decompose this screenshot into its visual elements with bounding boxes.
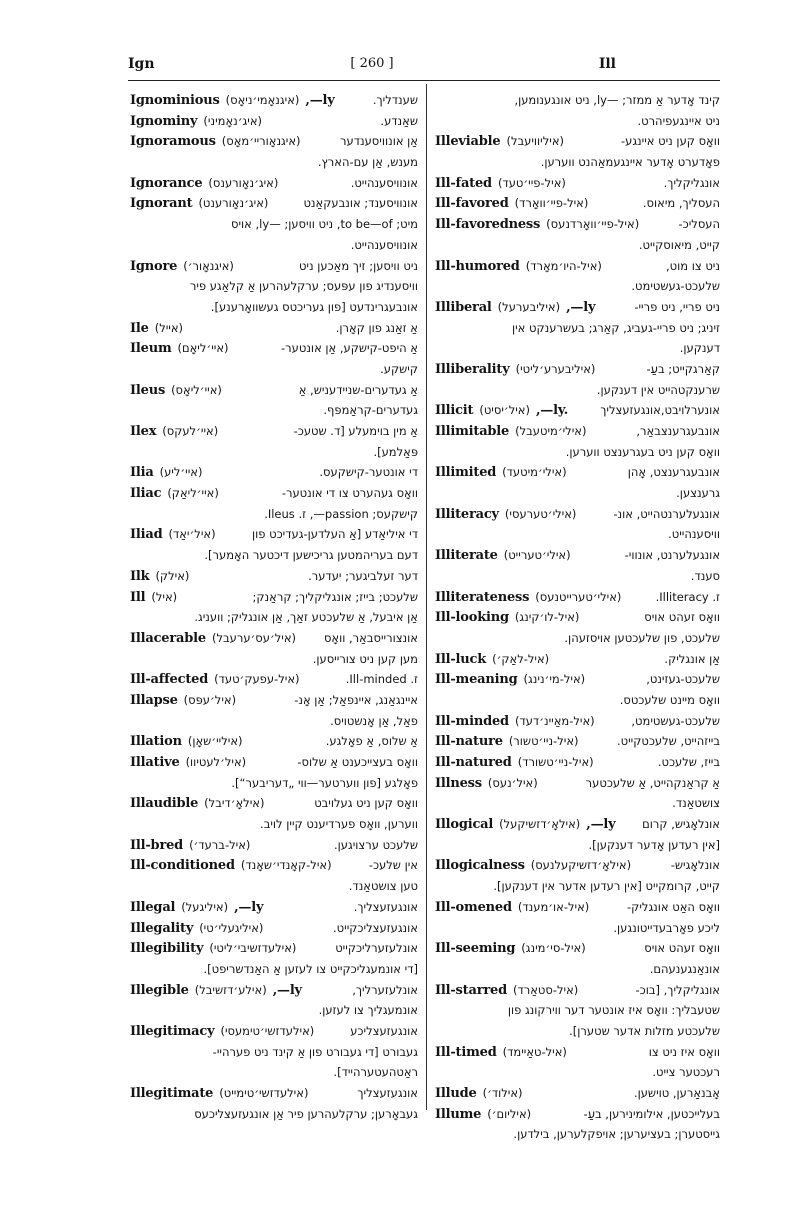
headword: Illiberal — [435, 298, 492, 318]
headword: Ignoramous — [130, 132, 216, 152]
dictionary-entry: Ill-timed(איל-טאַיימד)וואָס איז ניט צו — [435, 1042, 720, 1063]
pronunciation: (איל-ברעד׳) — [189, 835, 250, 856]
definition-continuation: רעכטער צייט. — [435, 1062, 720, 1083]
definition: שלעכט-געשטימט, — [631, 711, 720, 732]
dictionary-entry: Ill-humored(איל-היו׳מאָרד)ניט צו מוט, — [435, 256, 720, 277]
definition-continuation: גרענצען. — [435, 483, 720, 504]
definition: בייזהייט, שלעכטקייט. — [617, 731, 720, 752]
dictionary-entry: Ill-bred(איל-ברעד׳)שלעכט ערצויגען. — [130, 835, 418, 856]
pronunciation: (איל׳לעטיוו) — [186, 752, 247, 773]
definition-continuation: שטעבליך: וואָס איז אונטער דער ווירקונג פ… — [435, 1000, 720, 1021]
definition: בעלייכטען, אילומינירען, בעַ- — [584, 1104, 720, 1125]
entry-head: Ignorant(איג׳נאָורענט) — [130, 193, 268, 214]
pronunciation: (אילעדזשיבי׳ליטי) — [209, 938, 296, 959]
entry-head: Illiberality(איליבערע׳ליטי) — [435, 359, 595, 380]
definition-text: וואָס מיינט שלעכטס. — [620, 690, 720, 711]
pronunciation: (אילעדזשי׳טימעסי) — [220, 1021, 314, 1042]
definition-text: קינד אָדער אַ ממזר; —ly, ניט אונגענומען, — [514, 90, 720, 111]
definition-continuation: געבאָרען; ערקלעהרען פיר אַן אונגעזעצליכע… — [130, 1104, 418, 1125]
headword: Ill-bred — [130, 836, 183, 856]
pronunciation: (אילאָ׳דזשיקעלנעס) — [531, 855, 631, 876]
dictionary-entry: Ill-conditioned(איל-קאָנדי׳שאָנד)אין שלע… — [130, 855, 418, 876]
definition-text: סענד. — [691, 566, 720, 587]
pronunciation: (אילי׳מיטעבל) — [515, 421, 586, 442]
definition-text: טען צושטאַנד. — [349, 876, 418, 897]
headword: Illiterateness — [435, 588, 529, 608]
definition-continuation: קייט, מיאוסקייט. — [435, 235, 720, 256]
dictionary-entry: Ileus(איי׳ליאָס)אַ געדערים-שניידעניש, אַ — [130, 380, 418, 401]
definition: אונבעגרענצבאַר, — [636, 421, 720, 442]
definition-continuation: טען צושטאַנד. — [130, 876, 418, 897]
dictionary-entry: Illegal(איליגעל),—lyאונגעזעצליך. — [130, 897, 418, 918]
definition: וואָס קען ניט געלויבט — [314, 793, 418, 814]
headword: Ignore — [130, 257, 177, 277]
definition-text: וויסענדיג פון עפּעס; ערקלעהרען אַ קלאַגע… — [190, 276, 418, 297]
pronunciation: (איל-פיי׳וואָרדנעס) — [546, 214, 639, 235]
headword: Ill-minded — [435, 712, 509, 732]
pronunciation: (איל-פיי׳טעד) — [498, 173, 566, 194]
headword: Illogical — [435, 815, 493, 835]
entry-head: Ill-favoredness(איל-פיי׳וואָרדנעס) — [435, 214, 639, 235]
headword: Illegal — [130, 898, 175, 918]
entry-head: Illude(אילוד׳) — [435, 1083, 523, 1104]
entry-head: Illiterateness(אילי׳טערייטנעס) — [435, 587, 621, 608]
entry-head: Ill-omened(איל-או׳מענד) — [435, 897, 589, 918]
column-divider — [426, 84, 427, 1110]
headword: Illapse — [130, 691, 178, 711]
definition: אַן אונגליק. — [664, 649, 720, 670]
dictionary-entry: Illacerable(איל׳עס׳ערעבל)אונצורייסבאַר, … — [130, 628, 418, 649]
headword: Ill-timed — [435, 1043, 497, 1063]
definition-continuation: אַן איבעל, אַ שלעכטע זאַך, אַן אונגליק; … — [130, 607, 418, 628]
dictionary-entry: Ill-affected(איל-עפעק׳טעד)ז. Ill-minded. — [130, 669, 418, 690]
definition-continuation: שלעכטע מזלות אדער שטערן]. — [435, 1021, 720, 1042]
definition: די אונטער-קישקעס. — [319, 462, 418, 483]
definition-continuation: [אין רעדען אָדער דענקען]. — [435, 835, 720, 856]
definition: אונלאָגיש- — [671, 855, 720, 876]
pronunciation: (איי׳ליאָם) — [178, 338, 229, 359]
dictionary-entry: Ilk(אילק)דער זעלביגער; יעדער. — [130, 566, 418, 587]
headword: Illness — [435, 774, 482, 794]
definition: שאַנדע. — [380, 111, 418, 132]
pronunciation: (איי׳ליאָס) — [171, 380, 222, 401]
pronunciation: (איגנאָוריי׳מאָס) — [222, 131, 301, 152]
headword: Illegality — [130, 919, 193, 939]
dictionary-entry: Iliad(איל׳יאַד)די איליאַדע [אַ העלדען-גע… — [130, 524, 418, 545]
definition: אַ זאַנג פון קאָרן. — [336, 318, 418, 339]
dictionary-entry: Ill-favored(איל-פיי׳וואָרד)העסליך, מיאוס… — [435, 193, 720, 214]
pronunciation: (איל-פיי׳וואָרד) — [515, 193, 589, 214]
definition: אַ היפט-קישקע, אַן אונטער- — [281, 338, 418, 359]
entry-head: Illation(איליי׳שאָן) — [130, 731, 243, 752]
pronunciation: (איגנאָמי׳ניאָס) — [226, 90, 300, 111]
definition: אונגעזעצליכקייט. — [333, 918, 418, 939]
definition: בייז, שלעכט. — [658, 752, 720, 773]
definition-text: אַן איבעל, אַ שלעכטע זאַך, אַן אונגליק; … — [194, 607, 418, 628]
definition: אונגליקליך, [בוכ- — [635, 980, 720, 1001]
headword: Illude — [435, 1084, 477, 1104]
headword: Ilex — [130, 422, 156, 442]
headword: Illiterate — [435, 546, 498, 566]
definition-text: קישקע. — [380, 359, 418, 380]
pronunciation: (איל-לו׳קינג) — [515, 607, 579, 628]
pronunciation: (איי׳לעקס) — [162, 421, 218, 442]
definition-continuation: פּאַלמע]. — [130, 442, 418, 463]
pronunciation: (אילאָ׳דזשיקעל) — [499, 814, 580, 835]
pronunciation: (איל-סטאַרד) — [513, 980, 578, 1001]
pronunciation: (איל-או׳מענד) — [518, 897, 589, 918]
headword: Illume — [435, 1105, 481, 1125]
headword: Illegitimacy — [130, 1022, 214, 1042]
definition-text: ווערען, וואָס פערדיענט קיין לויב. — [260, 814, 418, 835]
definition: איינגאַנג, איינפאַל; אַן אָנ- — [294, 690, 418, 711]
headword: Ill-natured — [435, 753, 512, 773]
definition: אונלעזערליך, — [352, 980, 418, 1001]
entry-head: Ilex(איי׳לעקס) — [130, 421, 218, 442]
definition: וואָס איז ניט צו — [649, 1042, 720, 1063]
definition: אונגעלערנט, אונווי- — [625, 545, 720, 566]
dictionary-entry: Illogical(אילאָ׳דזשיקעל),—lyאונלאָגיש, ק… — [435, 814, 720, 835]
pronunciation: (אילע׳דזשיבל) — [195, 980, 267, 1001]
pronunciation: (איל-היו׳מאָרד) — [526, 256, 602, 277]
headword: Ill-omened — [435, 898, 512, 918]
definition-text: מיט; to be—of, ניט וויסען; —ly, אויס — [231, 214, 418, 235]
entry-head: Ill-starred(איל-סטאַרד) — [435, 980, 578, 1001]
definition-continuation: קישקעס; passion—, ז. Ileus. — [130, 504, 418, 525]
definition-text: קייט, מיאוסקייט. — [639, 235, 720, 256]
dictionary-entry: Ile(אייל)אַ זאַנג פון קאָרן. — [130, 318, 418, 339]
entry-head: Ill-favored(איל-פיי׳וואָרד) — [435, 193, 588, 214]
definition-continuation: פאַל, אַן אָנשטויס. — [130, 711, 418, 732]
entry-head: Illogical(אילאָ׳דזשיקעל),—ly — [435, 814, 615, 835]
definition-continuation: [די אונמעגליכקייט צו לעזען אַ האַנדשריפט… — [130, 959, 418, 980]
pronunciation: (איל׳יאַד) — [168, 524, 215, 545]
definition-text: שלעכטע מזלות אדער שטערן]. — [569, 1021, 720, 1042]
dictionary-entry: Ignominious(איגנאָמי׳ניאָס),—lyשענדליך. — [130, 90, 418, 111]
entry-head: Illiberal(איליבערעל),—ly — [435, 297, 595, 318]
definition: אונגעזעצליך — [357, 1083, 418, 1104]
definition-continuation: צושטאַנד. — [435, 793, 720, 814]
entry-head: Iliad(איל׳יאַד) — [130, 524, 216, 545]
dictionary-entry: Illiberal(איליבערעל),—lyניט פריי, ניט פר… — [435, 297, 720, 318]
headword: Iliac — [130, 484, 161, 504]
pronunciation: (אילי׳טערייט) — [504, 545, 571, 566]
definition-text: געבורט [די געבורט פון אַ קינד ניט פערהיי… — [213, 1042, 418, 1063]
dictionary-entry: Ill-luck(איל-לאַק׳)אַן אונגליק. — [435, 649, 720, 670]
dictionary-entry: Ill-fated(איל-פיי׳טעד)אונגליקליך. — [435, 173, 720, 194]
entry-head: Illeviable(איליוויעבל) — [435, 131, 564, 152]
derived-form: ,—ly — [234, 898, 263, 918]
definition-text: גייסטערן; בעציערען; אויפקלערען, בילדען. — [513, 1124, 720, 1145]
definition-continuation: געדערים-קראַמפּף. — [130, 400, 418, 421]
definition-text: [אין רעדען אָדער דענקען]. — [588, 835, 720, 856]
pronunciation: (אילק) — [155, 566, 189, 587]
entry-head: Ignominy(איג׳נאָמיני) — [130, 111, 262, 132]
definition-text: אונאַנגענעהם. — [650, 959, 720, 980]
pronunciation: (איליגעלי׳טי) — [199, 918, 263, 939]
headword: Illimited — [435, 463, 496, 483]
definition-continuation: אונמעגליך צו לעזען. — [130, 1000, 418, 1021]
definition-continuation: קישקע. — [130, 359, 418, 380]
dictionary-entry: Illative(איל׳לעטיוו)וואָס בעצייכענט אַ ש… — [130, 752, 418, 773]
definition-continuation: אונוויסענהייט. — [130, 235, 418, 256]
pronunciation: (אילאָ׳דיבל) — [204, 793, 264, 814]
entry-head: Illimitable(אילי׳מיטעבל) — [435, 421, 586, 442]
dictionary-entry: Ill-minded(איל-מאַיינ׳דעד)שלעכט-געשטימט, — [435, 711, 720, 732]
definition-continuation: מענש, אַן עם-הארץ. — [130, 152, 418, 173]
headword: Ill-favored — [435, 194, 509, 214]
definition-text: קישקעס; passion—, ז. Ileus. — [264, 504, 418, 525]
entry-head: Illegality(איליגעלי׳טי) — [130, 918, 263, 939]
definition-continuation: וויסענדיג פון עפּעס; ערקלעהרען אַ קלאַגע… — [130, 276, 418, 297]
definition-text: וואָס קען ניט בעגרענצט ווערען. — [566, 442, 720, 463]
entry-head: Illapse(איל׳עפּס) — [130, 690, 236, 711]
headword: Ill-conditioned — [130, 856, 235, 876]
definition: ניט פריי, ניט פריי- — [634, 297, 720, 318]
headword: Illegibility — [130, 939, 203, 959]
definition-continuation: פאָלגע [פון ווערטער—ווי „דעריבער“]. — [130, 773, 418, 794]
definition: וואָס זעהט אויס — [644, 938, 720, 959]
headword: Illiteracy — [435, 505, 499, 525]
definition-continuation: שלעכט-געשטימט. — [435, 276, 720, 297]
entry-head: Ilia(איי׳ליע) — [130, 462, 202, 483]
headword: Ill-seeming — [435, 939, 515, 959]
definition: וואָס זעהט אויס — [644, 607, 720, 628]
entry-head: Ill-affected(איל-עפעק׳טעד) — [130, 669, 300, 690]
dictionary-entry: Ilia(איי׳ליע)די אונטער-קישקעס. — [130, 462, 418, 483]
pronunciation: (איל-טאַיימד) — [503, 1042, 567, 1063]
definition-text: שטעבליך: וואָס איז אונטער דער ווירקונג פ… — [508, 1000, 720, 1021]
pronunciation: (איל-עפעק׳טעד) — [214, 669, 299, 690]
dictionary-entry: Illude(אילוד׳)אָבנאַרען, טוישען. — [435, 1083, 720, 1104]
dictionary-entry: Ill-favoredness(איל-פיי׳וואָרדנעס)העסליכ… — [435, 214, 720, 235]
definition-continuation: דענקען. — [435, 338, 720, 359]
headword: Ilia — [130, 463, 154, 483]
definition: העסליכ- — [678, 214, 720, 235]
entry-head: Ignorance(איג׳נאָורענס) — [130, 173, 278, 194]
definition: דער זעלביגער; יעדער. — [308, 566, 418, 587]
entry-head: Illness(איל׳נעס) — [435, 773, 538, 794]
headword: Illeviable — [435, 132, 500, 152]
headword: Ilk — [130, 567, 149, 587]
dictionary-entry: Ill-natured(איל-ניי׳טשורד)בייז, שלעכט. — [435, 752, 720, 773]
definition: אַ געדערים-שניידעניש, אַ — [299, 380, 418, 401]
pronunciation: (אילי׳טערעסי) — [505, 504, 577, 525]
headword: Ill-starred — [435, 981, 507, 1001]
pronunciation: (איג׳נאָורענט) — [198, 193, 268, 214]
dictionary-entry: Illaudible(אילאָ׳דיבל)וואָס קען ניט געלו… — [130, 793, 418, 814]
definition-continuation: ראַטהעטערהייד]. — [130, 1062, 418, 1083]
dictionary-entry: Ignorance(איג׳נאָורענס)אונוויסענהייט. — [130, 173, 418, 194]
definition-continuation: פאָדערט אָדער איינגעמאַהנט ווערען. — [435, 152, 720, 173]
headword: Ile — [130, 319, 149, 339]
derived-form: ,—ly — [273, 981, 302, 1001]
derived-form: ,—ly — [586, 815, 615, 835]
pronunciation: (איג׳נאָמיני) — [203, 111, 262, 132]
dictionary-entry: Ill-starred(איל-סטאַרד)אונגליקליך, [בוכ- — [435, 980, 720, 1001]
pronunciation: (אילי׳מיטעד) — [502, 462, 566, 483]
pronunciation: (אילוד׳) — [483, 1083, 523, 1104]
dictionary-entry: Illimited(אילי׳מיטעד)אונבעגרענצט, אָהן — [435, 462, 720, 483]
definition-continuation: שרענקטהייט אין דענקען. — [435, 380, 720, 401]
entry-head: Ill-humored(איל-היו׳מאָרד) — [435, 256, 602, 277]
dictionary-entry: Ignominy(איג׳נאָמיני)שאַנדע. — [130, 111, 418, 132]
definition-continuation: דעם בעריהמטען גריכישען דיכטער האָמער]. — [130, 545, 418, 566]
definition: שלעכט-געזינט, — [646, 669, 720, 690]
pronunciation: (אייל) — [155, 318, 183, 339]
definition-continuation: וואָס מיינט שלעכטס. — [435, 690, 720, 711]
definition-text: [די אונמעגליכקייט צו לעזען אַ האַנדשריפט… — [203, 959, 418, 980]
dictionary-entry: Illiberality(איליבערע׳ליטי)קאַרגקייט; בע… — [435, 359, 720, 380]
headword: Illation — [130, 732, 182, 752]
definition: די איליאַדע [אַ העלדען-געדיכט פון — [252, 524, 418, 545]
entry-head: Ill-looking(איל-לו׳קינג) — [435, 607, 579, 628]
headword: Ill-nature — [435, 732, 503, 752]
dictionary-entry: Ill-looking(איל-לו׳קינג)וואָס זעהט אויס — [435, 607, 720, 628]
headword: Ill-fated — [435, 174, 492, 194]
dictionary-entry: Illegitimate(אילעדזשי׳טימייט)אונגעזעצליך — [130, 1083, 418, 1104]
definition: אונלאָגיש, קרום — [642, 814, 720, 835]
definition-text: ראַטהעטערהייד]. — [333, 1062, 418, 1083]
definition-text: פאָדערט אָדער איינגעמאַהנט ווערען. — [541, 152, 720, 173]
headword: Illegible — [130, 981, 189, 1001]
definition: ז. Illiteracy. — [656, 587, 720, 608]
definition-continuation: וואָס קען ניט בעגרענצט ווערען. — [435, 442, 720, 463]
definition: ניט וויסען; זיך מאַכען ניט — [299, 256, 418, 277]
pronunciation: (איי׳ליע) — [160, 462, 203, 483]
dictionary-entry: Ill(איל)שלעכט; בייז; אונגליקליך; קראַנק; — [130, 587, 418, 608]
definition-continuation: מיט; to be—of, ניט וויסען; —ly, אויס — [130, 214, 418, 235]
headword: Ignorance — [130, 174, 202, 194]
headword: Ill-luck — [435, 650, 486, 670]
entry-head: Ill-fated(איל-פיי׳טעד) — [435, 173, 566, 194]
pronunciation: (איל-קאָנדי׳שאָנד) — [241, 855, 332, 876]
entry-head: Ill-timed(איל-טאַיימד) — [435, 1042, 567, 1063]
definition: ניט צו מוט, — [666, 256, 720, 277]
dictionary-entry: Ilex(איי׳לעקס)אַ מין בוימעלע [ד. שטעכ- — [130, 421, 418, 442]
definition: שלעכט ערצויגען. — [334, 835, 418, 856]
definition: אונגעזעצליך. — [354, 897, 418, 918]
definition-continuation: ליכע פאָרבעדייטונגען. — [435, 918, 720, 939]
derived-form: ,—ly — [566, 298, 595, 318]
dictionary-entry: Iliac(איי׳ליאַק)וואָס געהערט צו די אונטע… — [130, 483, 418, 504]
definition: שענדליך. — [373, 90, 418, 111]
headword: Ignorant — [130, 194, 192, 214]
definition: אונלעזערליכקייט — [335, 938, 418, 959]
definition-continuation: שלעכט, פון שלעכטען אויסזעהן. — [435, 628, 720, 649]
definition-continuation: גייסטערן; בעציערען; אויפקלערען, בילדען. — [435, 1124, 720, 1145]
pronunciation: (איל-מי׳נינג) — [524, 669, 586, 690]
definition-text: שרענקטהייט אין דענקען. — [597, 380, 720, 401]
left-column: Ignominious(איגנאָמי׳ניאָס),—lyשענדליך.I… — [130, 90, 418, 1124]
definition-text: צושטאַנד. — [672, 793, 720, 814]
pronunciation: (איל-סי׳מינג) — [521, 938, 585, 959]
headword: Illiberality — [435, 360, 510, 380]
right-column: קינד אָדער אַ ממזר; —ly, ניט אונגענומען,… — [435, 90, 720, 1145]
definition: אַ מין בוימעלע [ד. שטעכ- — [294, 421, 418, 442]
pronunciation: (איל׳יסיט) — [479, 400, 530, 421]
headword: Ill-affected — [130, 670, 208, 690]
definition: אונגעלערנטהייט, אונ- — [613, 504, 720, 525]
headword: Illegitimate — [130, 1084, 213, 1104]
dictionary-entry: Illogicalness(אילאָ׳דזשיקעלנעס)אונלאָגיש… — [435, 855, 720, 876]
dictionary-entry: Ill-nature(איל-ניי׳טשור)בייזהייט, שלעכטק… — [435, 731, 720, 752]
definition-text: דעם בעריהמטען גריכישען דיכטער האָמער]. — [204, 545, 418, 566]
definition-continuation: סענד. — [435, 566, 720, 587]
entry-head: Ileum(איי׳ליאָם) — [130, 338, 229, 359]
headword: Illogicalness — [435, 856, 525, 876]
definition-text: מענש, אַן עם-הארץ. — [318, 152, 418, 173]
definition: אַן אונוויסענדער — [340, 131, 418, 152]
definition: אונוויסענהייט. — [351, 173, 418, 194]
entry-head: Ignominious(איגנאָמי׳ניאָס),—ly — [130, 90, 335, 111]
definition-text: שלעכט-געשטימט. — [631, 276, 720, 297]
headword: Illicit — [435, 401, 473, 421]
entry-head: Illegitimacy(אילעדזשי׳טימעסי) — [130, 1021, 314, 1042]
definition: וואָס קען ניט איינגע- — [621, 131, 720, 152]
right-guide-word: Ill — [599, 56, 616, 72]
definition: קאַרגקייט; בעַ- — [647, 359, 720, 380]
entry-head: Illegal(איליגעל),—ly — [130, 897, 263, 918]
pronunciation: (איליבערעל) — [498, 297, 560, 318]
entry-head: Ile(אייל) — [130, 318, 183, 339]
pronunciation: (איי׳ליאַק) — [167, 483, 219, 504]
headword: Ill-favoredness — [435, 215, 540, 235]
definition: שלעכט; בייז; אונגליקליך; קראַנק; — [253, 587, 418, 608]
dictionary-entry: Illeviable(איליוויעבל)וואָס קען ניט איינ… — [435, 131, 720, 152]
definition-text: רעכטער צייט. — [652, 1062, 720, 1083]
entry-head: Illacerable(איל׳עס׳ערעבל) — [130, 628, 296, 649]
dictionary-entry: Illegibility(אילעדזשיבי׳ליטי)אונלעזערליכ… — [130, 938, 418, 959]
definition: אונגליקליך. — [664, 173, 720, 194]
definition-text: דענקען. — [680, 338, 720, 359]
pronunciation: (איל׳עס׳ערעבל) — [212, 628, 296, 649]
dictionary-entry: Illegality(איליגעלי׳טי)אונגעזעצליכקייט. — [130, 918, 418, 939]
entry-head: Ignoramous(איגנאָוריי׳מאָס) — [130, 131, 301, 152]
pronunciation: (איג׳נאָורענס) — [208, 173, 278, 194]
pronunciation: (איליום׳) — [487, 1104, 531, 1125]
page-header: Ign [ 260 ] Ill — [128, 52, 616, 78]
definition-continuation: אונאַנגענעהם. — [435, 959, 720, 980]
definition-text: אונוויסענהייט. — [351, 235, 418, 256]
dictionary-entry: Illapse(איל׳עפּס)איינגאַנג, איינפאַל; אַ… — [130, 690, 418, 711]
entry-head: Illiterate(אילי׳טערייט) — [435, 545, 571, 566]
entry-head: Illicit(איל׳יסיט),—ly. — [435, 400, 568, 421]
page-number: [ 260 ] — [128, 56, 616, 71]
definition-text: פאַל, אַן אָנשטויס. — [330, 711, 418, 732]
dictionary-entry: Illicit(איל׳יסיט),—ly.אונערלויבט,אונגעזע… — [435, 400, 720, 421]
definition-text: געדערים-קראַמפּף. — [323, 400, 418, 421]
entry-head: Illimited(אילי׳מיטעד) — [435, 462, 567, 483]
derived-form: ,—ly. — [536, 401, 568, 421]
headword: Illaudible — [130, 794, 198, 814]
entry-head: Illative(איל׳לעטיוו) — [130, 752, 246, 773]
header-rule — [128, 80, 720, 81]
dictionary-entry: Ignoramous(איגנאָוריי׳מאָס)אַן אונוויסענ… — [130, 131, 418, 152]
dictionary-entry: Illegitimacy(אילעדזשי׳טימעסי)אונגעזעצליכ… — [130, 1021, 418, 1042]
definition-continuation: זיניג; ניט פריי-געביג, קאַרג; בעשרענקט א… — [435, 318, 720, 339]
headword: Ignominy — [130, 112, 197, 132]
dictionary-entry: Ill-omened(איל-או׳מענד)וואָס האַט אונגלי… — [435, 897, 720, 918]
pronunciation: (איל-לאַק׳) — [492, 649, 549, 670]
definition: אונבעגרענצט, אָהן — [628, 462, 720, 483]
definition: וואָס האַט אונגליק- — [627, 897, 720, 918]
definition-text: ניט איינגעפיהרט. — [637, 111, 720, 132]
pronunciation: (אילי׳טערייטנעס) — [535, 587, 621, 608]
headword: Ignominious — [130, 91, 220, 111]
definition-text: אונמעגליך צו לעזען. — [319, 1000, 418, 1021]
entry-head: Ill-minded(איל-מאַיינ׳דעד) — [435, 711, 595, 732]
